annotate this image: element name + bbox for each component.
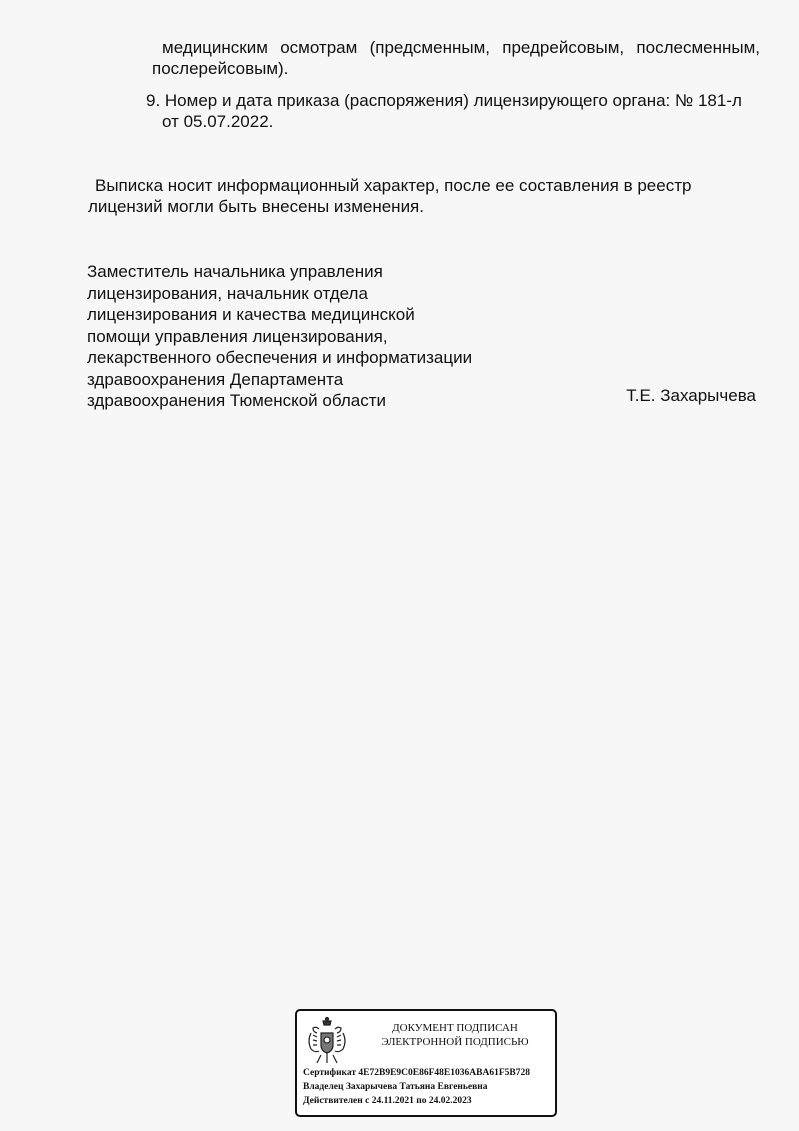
- item9-text-line2: от 05.07.2022.: [162, 111, 273, 132]
- position-line: помощи управления лицензирования,: [87, 326, 472, 348]
- stamp-title: ДОКУМЕНТ ПОДПИСАН ЭЛЕКТРОННОЙ ПОДПИСЬЮ: [357, 1021, 553, 1049]
- e-signature-stamp: ДОКУМЕНТ ПОДПИСАН ЭЛЕКТРОННОЙ ПОДПИСЬЮ С…: [295, 1009, 557, 1117]
- notice-line1: Выписка носит информационный характер, п…: [95, 175, 691, 196]
- signatory-name: Т.Е. Захарычева: [626, 386, 756, 406]
- certificate-owner: Владелец Захарычева Татьяна Евгеньевна: [303, 1080, 530, 1094]
- russian-coat-of-arms-icon: [305, 1015, 349, 1067]
- certificate-validity: Действителен с 24.11.2021 по 24.02.2023: [303, 1094, 530, 1108]
- position-line: здравоохранения Тюменской области: [87, 390, 472, 412]
- certificate-number: Сертификат 4E72B9E9C0E86F48E1036ABA61F5B…: [303, 1066, 530, 1080]
- position-line: лицензирования, начальник отдела: [87, 283, 472, 305]
- stamp-title-line2: ЭЛЕКТРОННОЙ ПОДПИСЬЮ: [357, 1035, 553, 1049]
- stamp-details: Сертификат 4E72B9E9C0E86F48E1036ABA61F5B…: [303, 1066, 530, 1108]
- position-line: здравоохранения Департамента: [87, 369, 472, 391]
- signatory-position: Заместитель начальника управления лиценз…: [87, 261, 472, 412]
- stamp-title-line1: ДОКУМЕНТ ПОДПИСАН: [357, 1021, 553, 1035]
- position-line: Заместитель начальника управления: [87, 261, 472, 283]
- position-line: лицензирования и качества медицинской: [87, 304, 472, 326]
- position-line: лекарственного обеспечения и информатиза…: [87, 347, 472, 369]
- item8-text-line2: послерейсовым).: [152, 58, 288, 79]
- notice-line2: лицензий могли быть внесены изменения.: [88, 196, 424, 217]
- item8-text-line1: медицинским осмотрам (предсменным, предр…: [162, 37, 760, 58]
- item9-text-line1: 9. Номер и дата приказа (распоряжения) л…: [146, 90, 742, 111]
